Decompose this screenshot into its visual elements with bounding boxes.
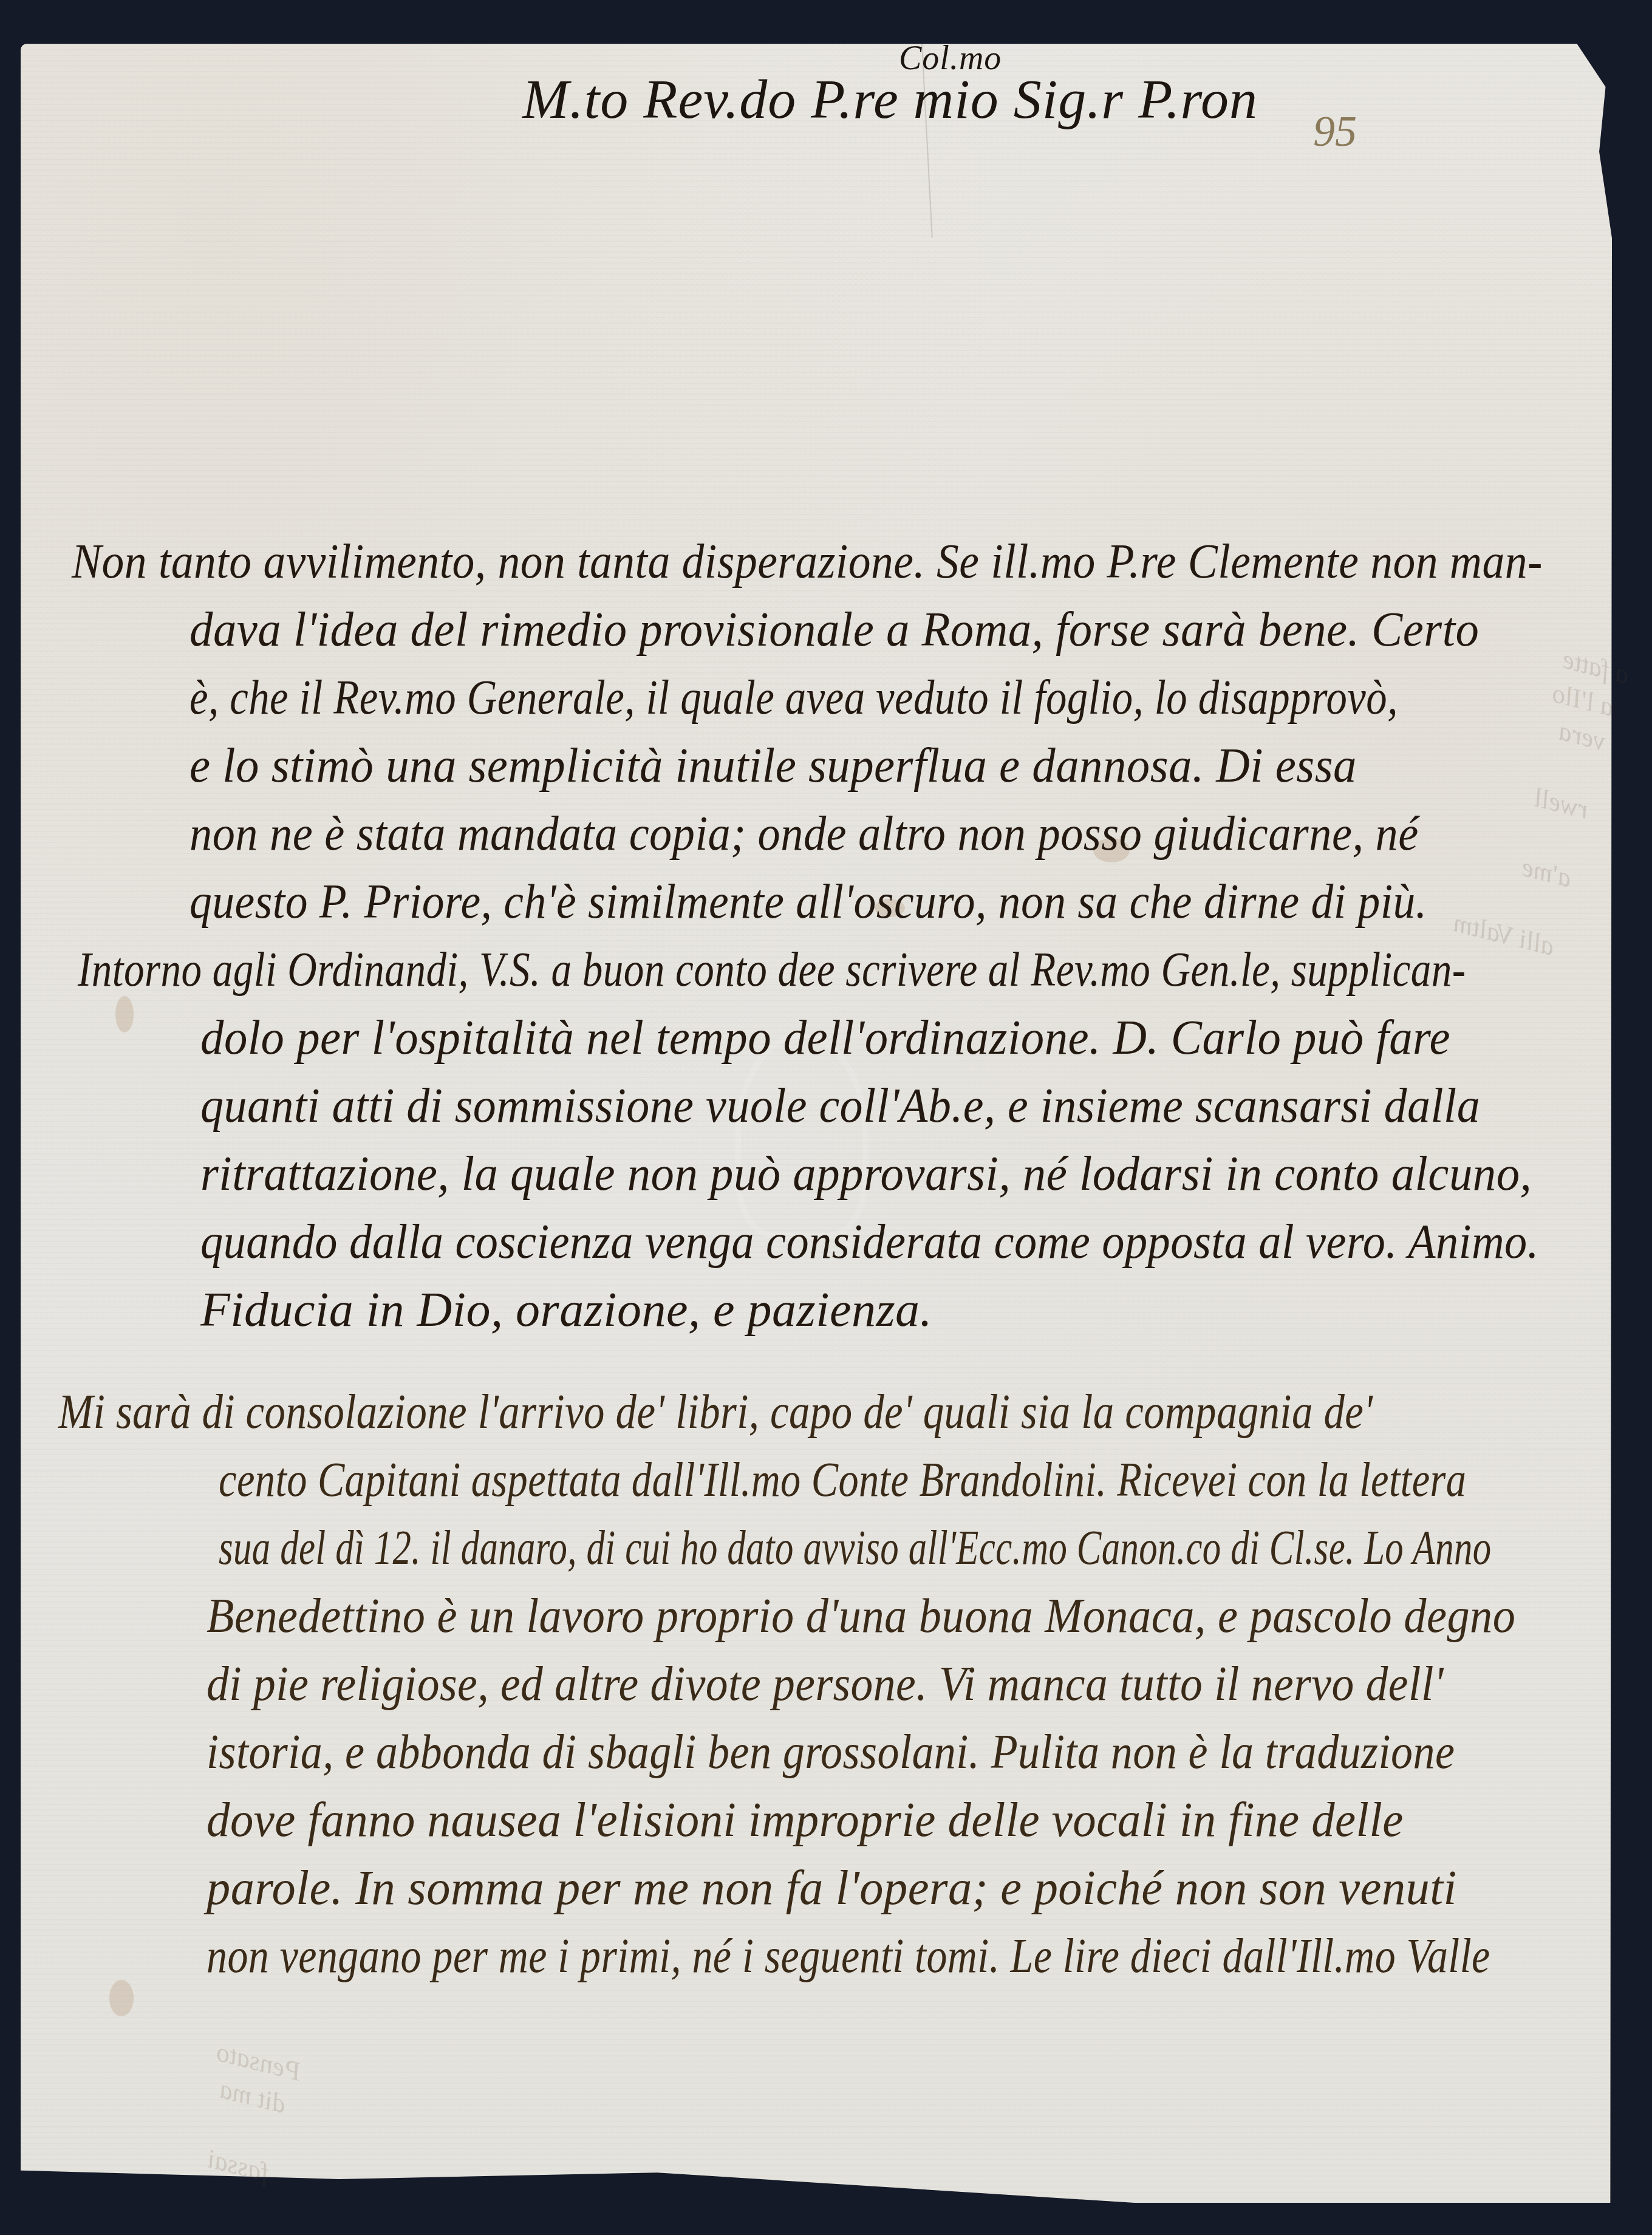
paragraph-1-line-5: non ne è stata mandata copia; onde altro…	[189, 807, 1419, 862]
paragraph-3-line-7: dove fanno nausea l'elisioni improprie d…	[206, 1793, 1404, 1848]
paragraph-1-line-2: dava l'idea del rimedio provisionale a R…	[189, 602, 1479, 658]
salutation-text: M.to Rev.do P.re mio Sig.r P.ron	[522, 68, 1258, 130]
paragraph-2-line-5: quando dalla coscienza venga considerata…	[200, 1215, 1539, 1270]
paragraph-1-line-3: è, che il Rev.mo Generale, il quale avea…	[189, 670, 1398, 726]
paragraph-2-line-4: ritrattazione, la quale non può approvar…	[200, 1147, 1532, 1202]
paragraph-1-line-1: Non tanto avvilimento, non tanta dispera…	[72, 534, 1543, 590]
paragraph-2-line-3: quanti atti di sommissione vuole coll'Ab…	[200, 1079, 1480, 1134]
paragraph-1-line-6: questo P. Priore, ch'è similmente all'os…	[189, 875, 1427, 930]
folio-number: 95	[1313, 106, 1357, 157]
paragraph-1-line-4: e lo stimò una semplicità inutile superf…	[189, 739, 1357, 794]
paragraph-3-line-5: di pie religiose, ed altre divote person…	[206, 1657, 1444, 1712]
paragraph-2-line-2: dolo per l'ospitalità nel tempo dell'ord…	[200, 1011, 1450, 1066]
paragraph-3-line-4: Benedettino è un lavoro proprio d'una bu…	[206, 1589, 1515, 1644]
paragraph-3-line-9: non vengano per me i primi, né i seguent…	[206, 1929, 1490, 1984]
paragraph-3-line-6: istoria, e abbonda di sbagli ben grossol…	[206, 1725, 1455, 1780]
paragraph-2-line-6: Fiducia in Dio, orazione, e pazienza.	[200, 1283, 932, 1338]
salutation-heading: M.to Rev.do P.re mio Sig.r P.ron Col.mo	[522, 67, 1258, 131]
paragraph-3-line-8: parole. In somma per me non fa l'opera; …	[206, 1861, 1457, 1916]
salutation-superscript: Col.mo	[899, 39, 1002, 78]
paragraph-2-line-1: Intorno agli Ordinandi, V.S. a buon cont…	[78, 943, 1466, 998]
paragraph-3-line-2: cento Capitani aspettata dall'Ill.mo Con…	[219, 1453, 1466, 1508]
paragraph-3-line-3: sua del dì 12. il danaro, di cui ho dato…	[219, 1521, 1491, 1576]
paragraph-3-line-1: Mi sarà di consolazione l'arrivo de' lib…	[58, 1385, 1373, 1440]
